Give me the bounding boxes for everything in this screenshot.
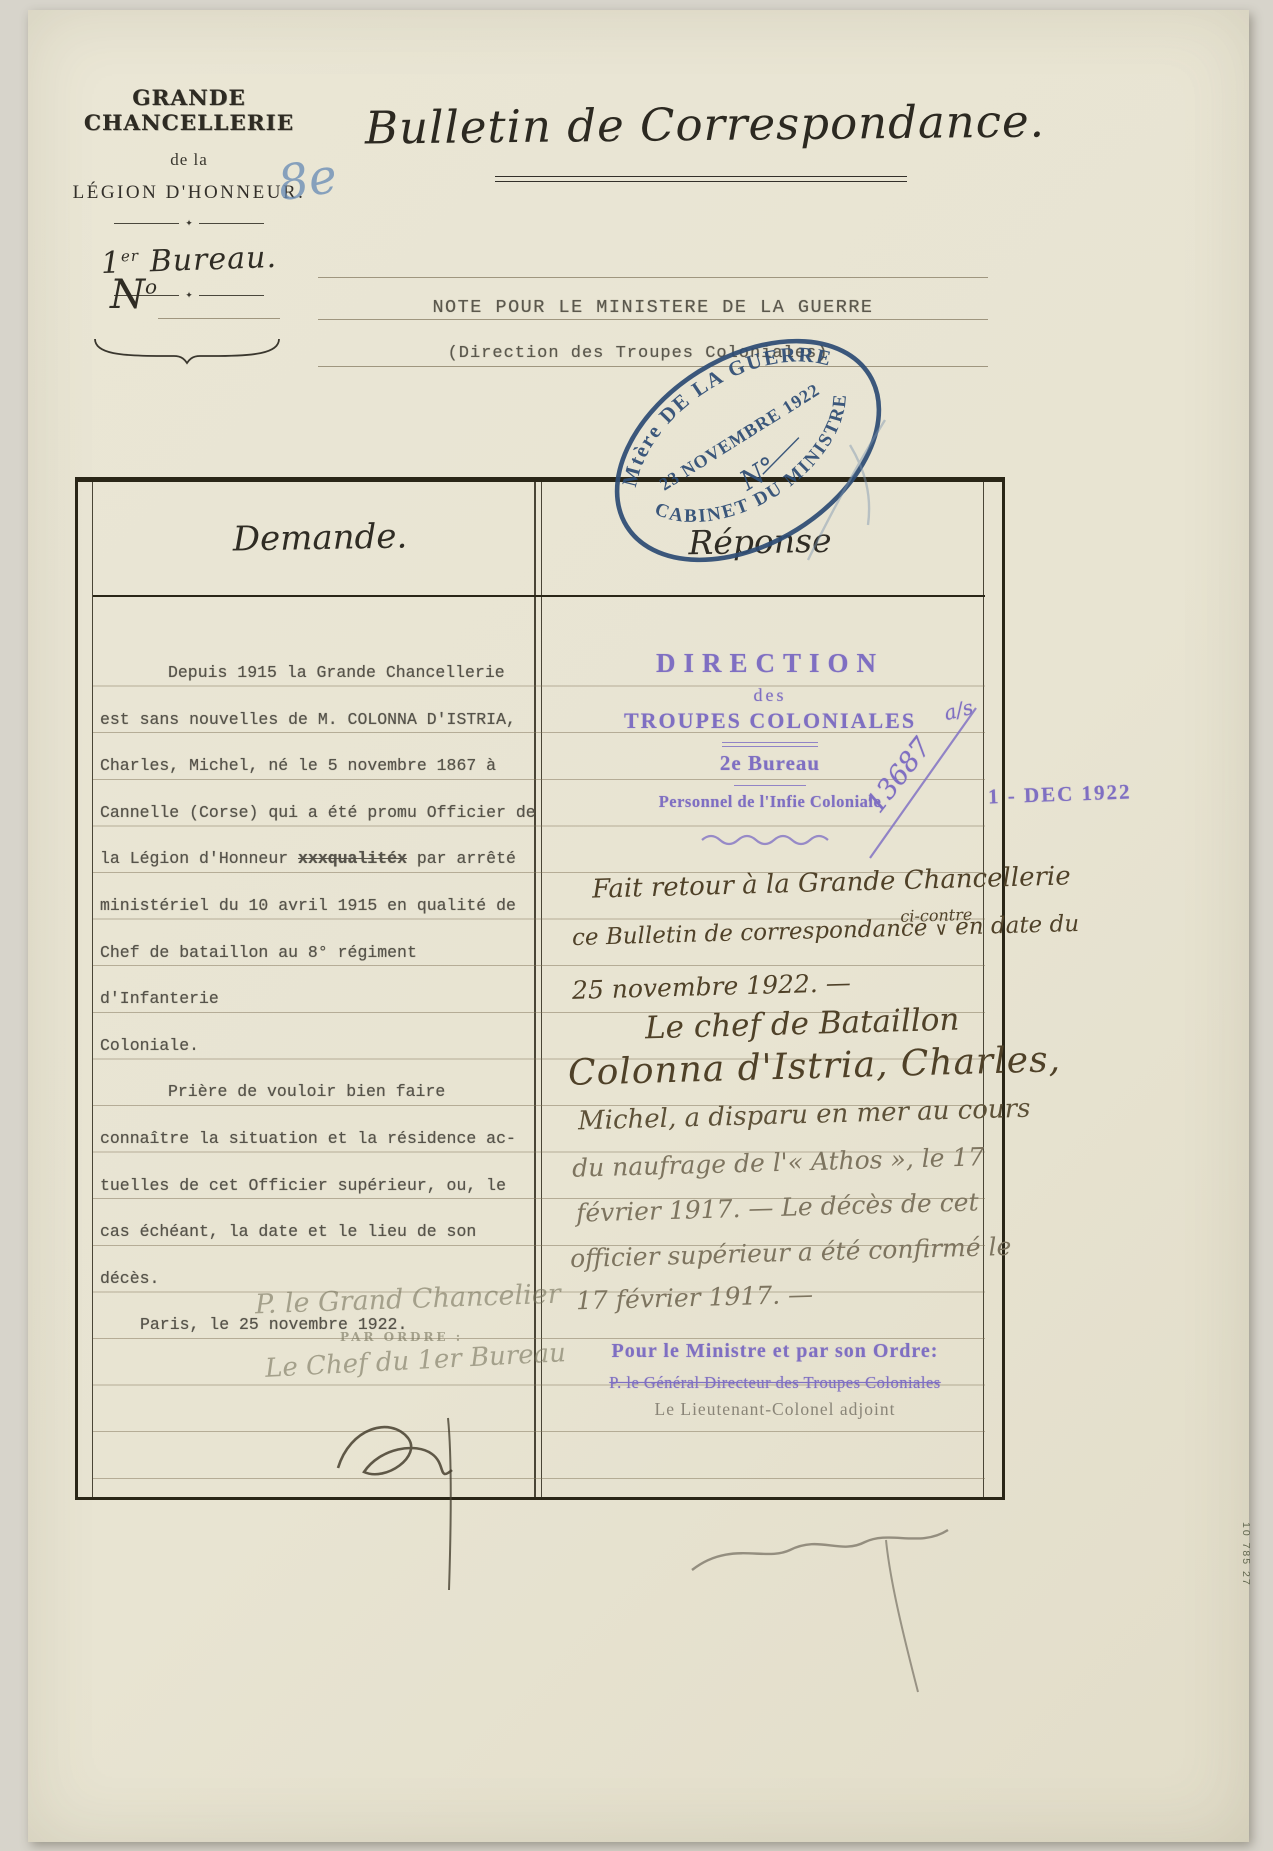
- stamp-rule: [734, 785, 806, 786]
- demande-line: Chef de bataillon au 8° régiment d'Infan…: [100, 930, 537, 1023]
- demande-line-part: la Légion d'Honneur: [100, 849, 298, 868]
- reponse-signature: [680, 1500, 960, 1700]
- bureau-label: Bureau.: [139, 240, 278, 280]
- demande-text: Depuis 1915 la Grande Chancellerie est s…: [100, 650, 537, 1349]
- ornament-icon: ✦: [179, 290, 199, 301]
- ornament-icon: ✦: [179, 218, 199, 229]
- brace-ornament: [92, 336, 284, 366]
- typed-overstrike: xxxqualitéx: [298, 849, 407, 868]
- pencil-scribble: [790, 415, 900, 565]
- demande-line: Charles, Michel, né le 5 novembre 1867 à: [100, 743, 537, 790]
- numero-label: No: [110, 272, 157, 318]
- blue-pencil-annotation: 8e: [274, 148, 341, 213]
- minister-stamp-line3: Le Lieutenant-Colonel adjoint: [560, 1399, 990, 1420]
- demande-line: Depuis 1915 la Grande Chancellerie: [100, 650, 537, 697]
- demande-line: est sans nouvelles de M. COLONNA D'ISTRI…: [100, 697, 537, 744]
- received-date-stamp: 1 - DEC 1922: [988, 780, 1132, 810]
- demande-line: Coloniale.: [100, 1023, 537, 1070]
- writing-line: [318, 319, 988, 320]
- stamp-wavy-underline: [700, 832, 840, 846]
- letterhead: GRANDE CHANCELLERIE de la LÉGION D'HONNE…: [70, 86, 308, 301]
- demande-signature: [320, 1398, 490, 1598]
- org-name-line3: LÉGION D'HONNEUR.: [70, 182, 308, 204]
- org-name-line2: de la: [70, 150, 308, 170]
- numero-sup: o: [145, 275, 157, 299]
- table-header-rule: [93, 595, 985, 597]
- page-title: Bulletin de Correspondance.: [365, 94, 1045, 154]
- column-header-demande: Demande.: [150, 515, 491, 561]
- minister-stamp-line1: Pour le Ministre et par son Ordre:: [560, 1340, 990, 1363]
- demande-line-part: par arrêté: [407, 849, 516, 868]
- demande-line: Prière de vouloir bien faire: [100, 1069, 537, 1116]
- demande-line: Cannelle (Corse) qui a été promu Officie…: [100, 790, 537, 837]
- divider-ornament: ✦: [114, 218, 264, 229]
- stamp-rule: [722, 742, 818, 747]
- direction-stamp-line1: DIRECTION: [600, 648, 940, 679]
- demande-line: tuelles de cet Officier supérieur, ou, l…: [100, 1163, 537, 1210]
- minister-stamp-line2-struck: P. le Général Directeur des Troupes Colo…: [560, 1373, 990, 1393]
- bureau-ordinal: er: [121, 247, 140, 266]
- minister-stamp: Pour le Ministre et par son Ordre: P. le…: [560, 1340, 990, 1420]
- demande-line: ministériel du 10 avril 1915 en qualité …: [100, 883, 537, 930]
- scanned-document-page: { "colors": { "paper": "#e9e5d3", "print…: [0, 0, 1273, 1851]
- writing-line: [318, 366, 988, 367]
- numero-answer-line: [158, 318, 280, 319]
- inserted-word: ci-contre: [900, 905, 972, 926]
- title-underline: [495, 176, 907, 182]
- org-name-line1: GRANDE CHANCELLERIE: [70, 86, 308, 136]
- manuscript-part: en date du: [955, 911, 1080, 940]
- bureau-line: 1er Bureau.: [69, 239, 308, 282]
- writing-line: [318, 277, 988, 278]
- order-stamp-line2: PAR ORDRE :: [340, 1330, 463, 1344]
- demande-line: connaître la situation et la résidence a…: [100, 1116, 537, 1163]
- printer-reference-mark: 10 785 27: [1240, 1522, 1252, 1587]
- numero-n: N: [110, 272, 145, 318]
- note-heading: NOTE POUR LE MINISTERE DE LA GUERRE: [318, 297, 988, 318]
- demande-line: la Légion d'Honneur xxxqualitéx par arrê…: [100, 836, 537, 883]
- manuscript-insertion: ∨ci-contre: [934, 915, 948, 941]
